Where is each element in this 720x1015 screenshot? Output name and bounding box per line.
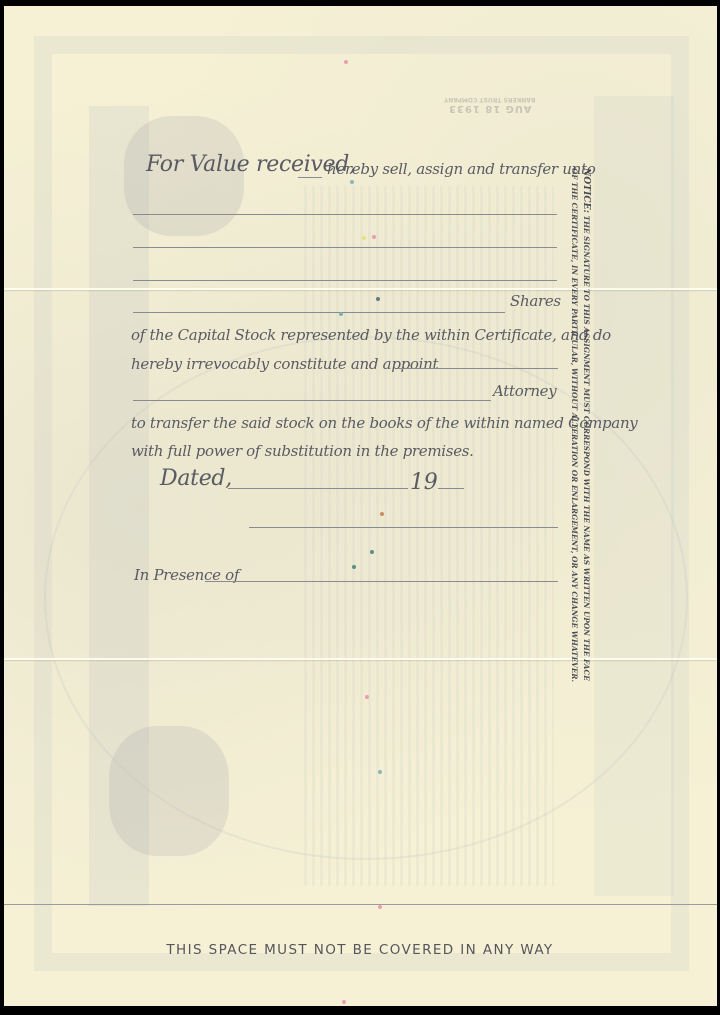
year-prefix: 19 [410, 470, 437, 495]
assignee-line-2[interactable] [133, 247, 557, 248]
capital-stock-text: of the Capital Stock represented by the … [131, 326, 611, 344]
transfer-unto-label: hereby sell, assign and transfer unto [327, 160, 595, 178]
for-value-received-label: For Value received, [146, 152, 356, 177]
notice-lead: NOTICE: [581, 168, 591, 213]
ink-dot [342, 1000, 346, 1004]
ink-dot [376, 297, 380, 301]
date-line[interactable] [228, 488, 408, 489]
year-line[interactable] [438, 488, 464, 489]
bottom-divider [4, 904, 717, 905]
attorney-name-line-2[interactable] [133, 400, 491, 401]
ink-dot [380, 512, 384, 516]
bleed-through-right-panel [594, 96, 674, 896]
signature-line[interactable] [249, 527, 558, 528]
ink-dot [362, 236, 366, 240]
ink-dot [339, 312, 343, 316]
ink-dot [370, 550, 374, 554]
stamp-date: AUG 18 1933 [444, 103, 535, 114]
ink-dot [352, 565, 356, 569]
substitution-text: with full power of substitution in the p… [131, 442, 474, 460]
assignee-line-3[interactable] [133, 280, 557, 281]
witness-line[interactable] [205, 581, 558, 582]
notice-line-2: OF THE CERTIFICATE, IN EVERY PARTICULAR,… [568, 168, 580, 628]
signature-notice: NOTICE: THE SIGNATURE TO THIS ASSIGNMENT… [568, 168, 592, 628]
fold-crease-lower [4, 658, 717, 660]
ink-dot [378, 770, 382, 774]
ink-dot [372, 235, 376, 239]
shares-count-line[interactable] [133, 312, 505, 313]
stamp-name: BANKERS TRUST COMPANY [444, 96, 535, 103]
assignor-blank[interactable] [298, 177, 322, 178]
shares-label: Shares [510, 292, 561, 310]
ink-dot [350, 180, 354, 184]
notice-line-1: THE SIGNATURE TO THIS ASSIGNMENT MUST CO… [582, 216, 591, 681]
bleed-through-stamp: AUG 18 1933 BANKERS TRUST COMPANY [444, 96, 535, 114]
ink-dot [365, 695, 369, 699]
assignee-line-1[interactable] [133, 214, 557, 215]
fold-crease-upper [4, 288, 717, 290]
attorney-label: Attorney [493, 382, 556, 400]
certificate-paper: AUG 18 1933 BANKERS TRUST COMPANY [4, 6, 717, 1006]
do-not-cover-warning: THIS SPACE MUST NOT BE COVERED IN ANY WA… [0, 942, 720, 958]
ink-dot [344, 60, 348, 64]
transfer-stock-text: to transfer the said stock on the books … [131, 414, 637, 432]
attorney-name-line-1[interactable] [398, 368, 558, 369]
bleed-through-text [304, 186, 554, 886]
ink-dot [378, 905, 382, 909]
dated-label: Dated, [160, 466, 232, 491]
irrevocably-appoint-text: hereby irrevocably constitute and appoin… [131, 355, 438, 373]
